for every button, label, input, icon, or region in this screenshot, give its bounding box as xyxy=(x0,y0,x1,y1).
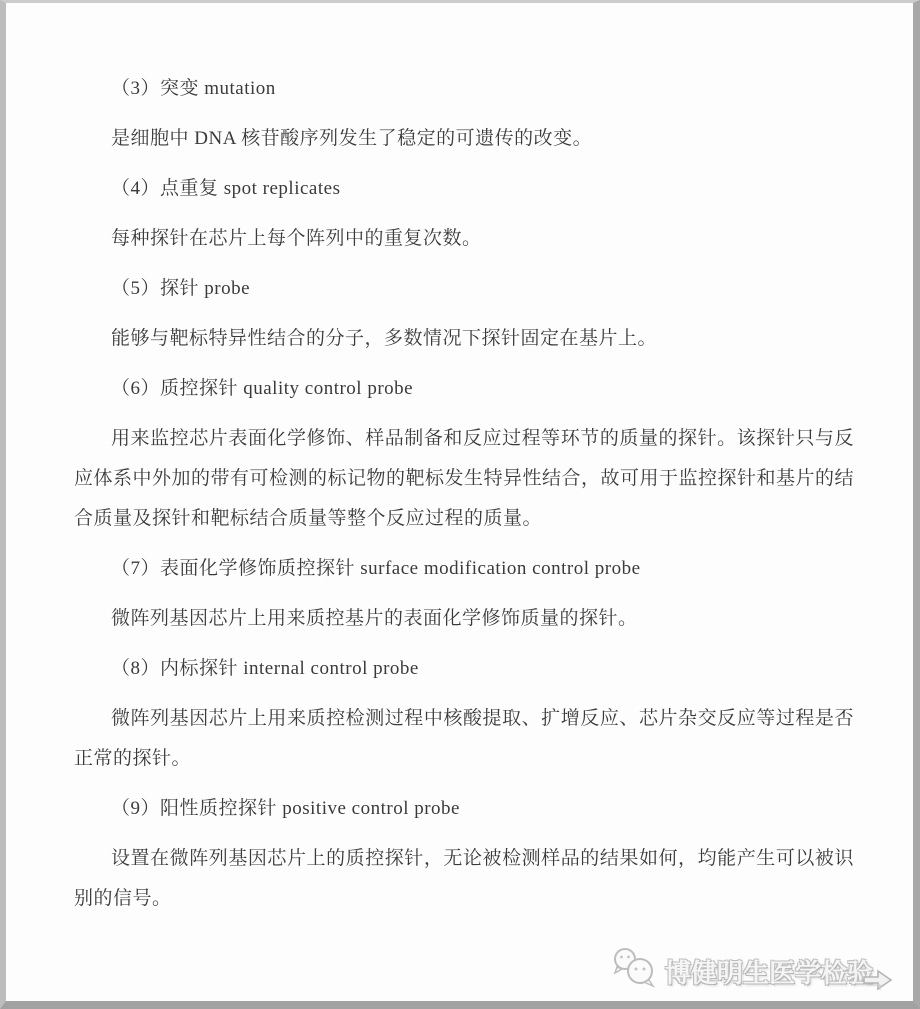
term-heading: （5）探针 probe xyxy=(74,269,854,309)
section-positive-control-probe: （9）阳性质控探针 positive control probe 设置在微阵列基… xyxy=(74,789,854,919)
section-surface-modification-control-probe: （7）表面化学修饰质控探针 surface modification contr… xyxy=(74,549,854,639)
section-spot-replicates: （4）点重复 spot replicates 每种探针在芯片上每个阵列中的重复次… xyxy=(74,169,854,259)
section-internal-control-probe: （8）内标探针 internal control probe 微阵列基因芯片上用… xyxy=(74,649,854,779)
term-heading: （3）突变 mutation xyxy=(74,69,854,109)
wechat-chat-bubbles-icon xyxy=(611,946,657,993)
term-heading: （9）阳性质控探针 positive control probe xyxy=(74,789,854,829)
section-quality-control-probe: （6）质控探针 quality control probe 用来监控芯片表面化学… xyxy=(74,369,854,539)
term-definition: 每种探针在芯片上每个阵列中的重复次数。 xyxy=(74,219,854,259)
section-mutation: （3）突变 mutation 是细胞中 DNA 核苷酸序列发生了稳定的可遗传的改… xyxy=(74,69,854,159)
term-heading: （4）点重复 spot replicates xyxy=(74,169,854,209)
term-definition: 微阵列基因芯片上用来质控检测过程中核酸提取、扩增反应、芯片杂交反应等过程是否正常… xyxy=(74,699,854,779)
term-heading: （6）质控探针 quality control probe xyxy=(74,369,854,409)
term-definition: 微阵列基因芯片上用来质控基片的表面化学修饰质量的探针。 xyxy=(74,599,854,639)
watermark-text: 博健明生医学检验 xyxy=(665,953,873,990)
term-definition: 能够与靶标特异性结合的分子，多数情况下探针固定在基片上。 xyxy=(74,319,854,359)
term-heading: （7）表面化学修饰质控探针 surface modification contr… xyxy=(74,549,854,589)
section-probe: （5）探针 probe 能够与靶标特异性结合的分子，多数情况下探针固定在基片上。 xyxy=(74,269,854,359)
share-arrow-icon xyxy=(861,968,895,999)
document-screenshot: （3）突变 mutation 是细胞中 DNA 核苷酸序列发生了稳定的可遗传的改… xyxy=(0,0,920,1009)
term-definition: 用来监控芯片表面化学修饰、样品制备和反应过程等环节的质量的探针。该探针只与反应体… xyxy=(74,419,854,539)
watermark: 博健明生医学检验 xyxy=(611,950,895,993)
term-definition: 设置在微阵列基因芯片上的质控探针，无论被检测样品的结果如何，均能产生可以被识别的… xyxy=(74,839,854,919)
term-definition: 是细胞中 DNA 核苷酸序列发生了稳定的可遗传的改变。 xyxy=(74,119,854,159)
page-content: （3）突变 mutation 是细胞中 DNA 核苷酸序列发生了稳定的可遗传的改… xyxy=(12,6,906,993)
document-page: （3）突变 mutation 是细胞中 DNA 核苷酸序列发生了稳定的可遗传的改… xyxy=(0,0,920,1009)
term-heading: （8）内标探针 internal control probe xyxy=(74,649,854,689)
